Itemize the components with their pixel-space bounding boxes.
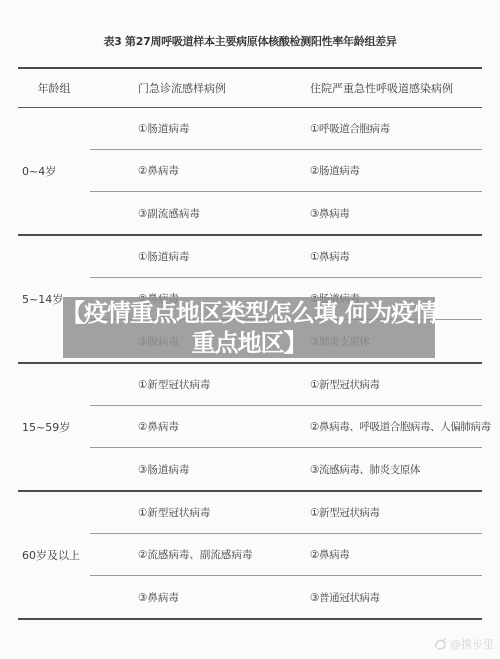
swoosh-logo-icon [434, 638, 447, 651]
age-group-row-60-plus: 60岁及以上 ①新型冠状病毒 ①新型冠状病毒 ②流感病毒、副流感病毒 ②鼻病毒 … [18, 492, 482, 620]
header-col-ili-cases: 门急诊流感样病例 [90, 80, 310, 96]
sari-pathogen-rank2: ②肠道病毒 [310, 163, 482, 178]
ili-pathogen-rank3: ③副流感病毒 [90, 206, 310, 221]
pathogen-row: ②流感病毒、副流感病毒 ②鼻病毒 [90, 534, 482, 576]
sari-pathogen-rank1: ①新型冠状病毒 [310, 505, 482, 520]
page-root: { "page": { "background": "#fbfbfb", "ti… [0, 0, 500, 659]
header-col-sari-cases: 住院严重急性呼吸道感染病例 [310, 80, 482, 96]
ili-pathogen-rank1: ①肠道病毒 [90, 249, 310, 264]
ili-pathogen-rank3: ③肠道病毒 [90, 462, 310, 477]
ili-pathogen-rank1: ①新型冠状病毒 [90, 377, 310, 392]
sari-pathogen-rank2: ②鼻病毒、呼吸道合胞病毒、人偏肺病毒 [310, 419, 482, 434]
sari-pathogen-rank3: ③鼻病毒 [310, 206, 482, 221]
age-group-label: 15~59岁 [18, 364, 90, 490]
watermark: @携步里 [434, 636, 494, 652]
pathogen-row: ①肠道病毒 ①鼻病毒 [90, 236, 482, 278]
pathogen-rows: ①新型冠状病毒 ①新型冠状病毒 ②流感病毒、副流感病毒 ②鼻病毒 ③鼻病毒 ③普… [90, 492, 482, 618]
age-group-label: 0~4岁 [18, 108, 90, 234]
overlay-title-line2: 重点地区】 [192, 328, 307, 358]
pathogen-row: ③肠道病毒 ③流感病毒、肺炎支原体 [90, 448, 482, 490]
pathogen-rows: ①肠道病毒 ①呼吸道合胞病毒 ②鼻病毒 ②肠道病毒 ③副流感病毒 ③鼻病毒 [90, 108, 482, 234]
pathogen-row: ①新型冠状病毒 ①新型冠状病毒 [90, 364, 482, 406]
ili-pathogen-rank1: ①新型冠状病毒 [90, 505, 310, 520]
overlay-title-line1: 【疫情重点地区类型怎么填,何为疫情 [61, 298, 437, 328]
ili-pathogen-rank2: ②鼻病毒 [90, 163, 310, 178]
age-group-row-15-59: 15~59岁 ①新型冠状病毒 ①新型冠状病毒 ②鼻病毒 ②鼻病毒、呼吸道合胞病毒… [18, 364, 482, 492]
pathogen-row: ③鼻病毒 ③普通冠状病毒 [90, 576, 482, 618]
pathogen-row: ①新型冠状病毒 ①新型冠状病毒 [90, 492, 482, 534]
pathogen-row: ②鼻病毒 ②鼻病毒、呼吸道合胞病毒、人偏肺病毒 [90, 406, 482, 448]
table-header-row: 年龄组 门急诊流感样病例 住院严重急性呼吸道感染病例 [18, 67, 482, 108]
age-group-label: 60岁及以上 [18, 492, 90, 618]
overlay-banner: 【疫情重点地区类型怎么填,何为疫情 重点地区】 [63, 297, 435, 358]
sari-pathogen-rank3: ③流感病毒、肺炎支原体 [310, 462, 482, 477]
ili-pathogen-rank3: ③鼻病毒 [90, 590, 310, 605]
pathogen-row: ①肠道病毒 ①呼吸道合胞病毒 [90, 108, 482, 150]
pathogen-rows: ①新型冠状病毒 ①新型冠状病毒 ②鼻病毒 ②鼻病毒、呼吸道合胞病毒、人偏肺病毒 … [90, 364, 482, 490]
sari-pathogen-rank1: ①呼吸道合胞病毒 [310, 121, 482, 136]
sari-pathogen-rank2: ②鼻病毒 [310, 547, 482, 562]
pathogen-row: ③副流感病毒 ③鼻病毒 [90, 192, 482, 234]
sari-pathogen-rank1: ①鼻病毒 [310, 249, 482, 264]
watermark-text: @携步里 [450, 636, 494, 652]
table-title: 表3 第27周呼吸道样本主要病原体核酸检测阳性率年龄组差异 [0, 33, 500, 49]
ili-pathogen-rank2: ②流感病毒、副流感病毒 [90, 547, 310, 562]
sari-pathogen-rank1: ①新型冠状病毒 [310, 377, 482, 392]
ili-pathogen-rank1: ①肠道病毒 [90, 121, 310, 136]
age-group-row-0-4: 0~4岁 ①肠道病毒 ①呼吸道合胞病毒 ②鼻病毒 ②肠道病毒 ③副流感病毒 ③鼻… [18, 108, 482, 236]
pathogen-row: ②鼻病毒 ②肠道病毒 [90, 150, 482, 192]
sari-pathogen-rank3: ③普通冠状病毒 [310, 590, 482, 605]
ili-pathogen-rank2: ②鼻病毒 [90, 419, 310, 434]
header-col-age-group: 年龄组 [18, 80, 90, 96]
